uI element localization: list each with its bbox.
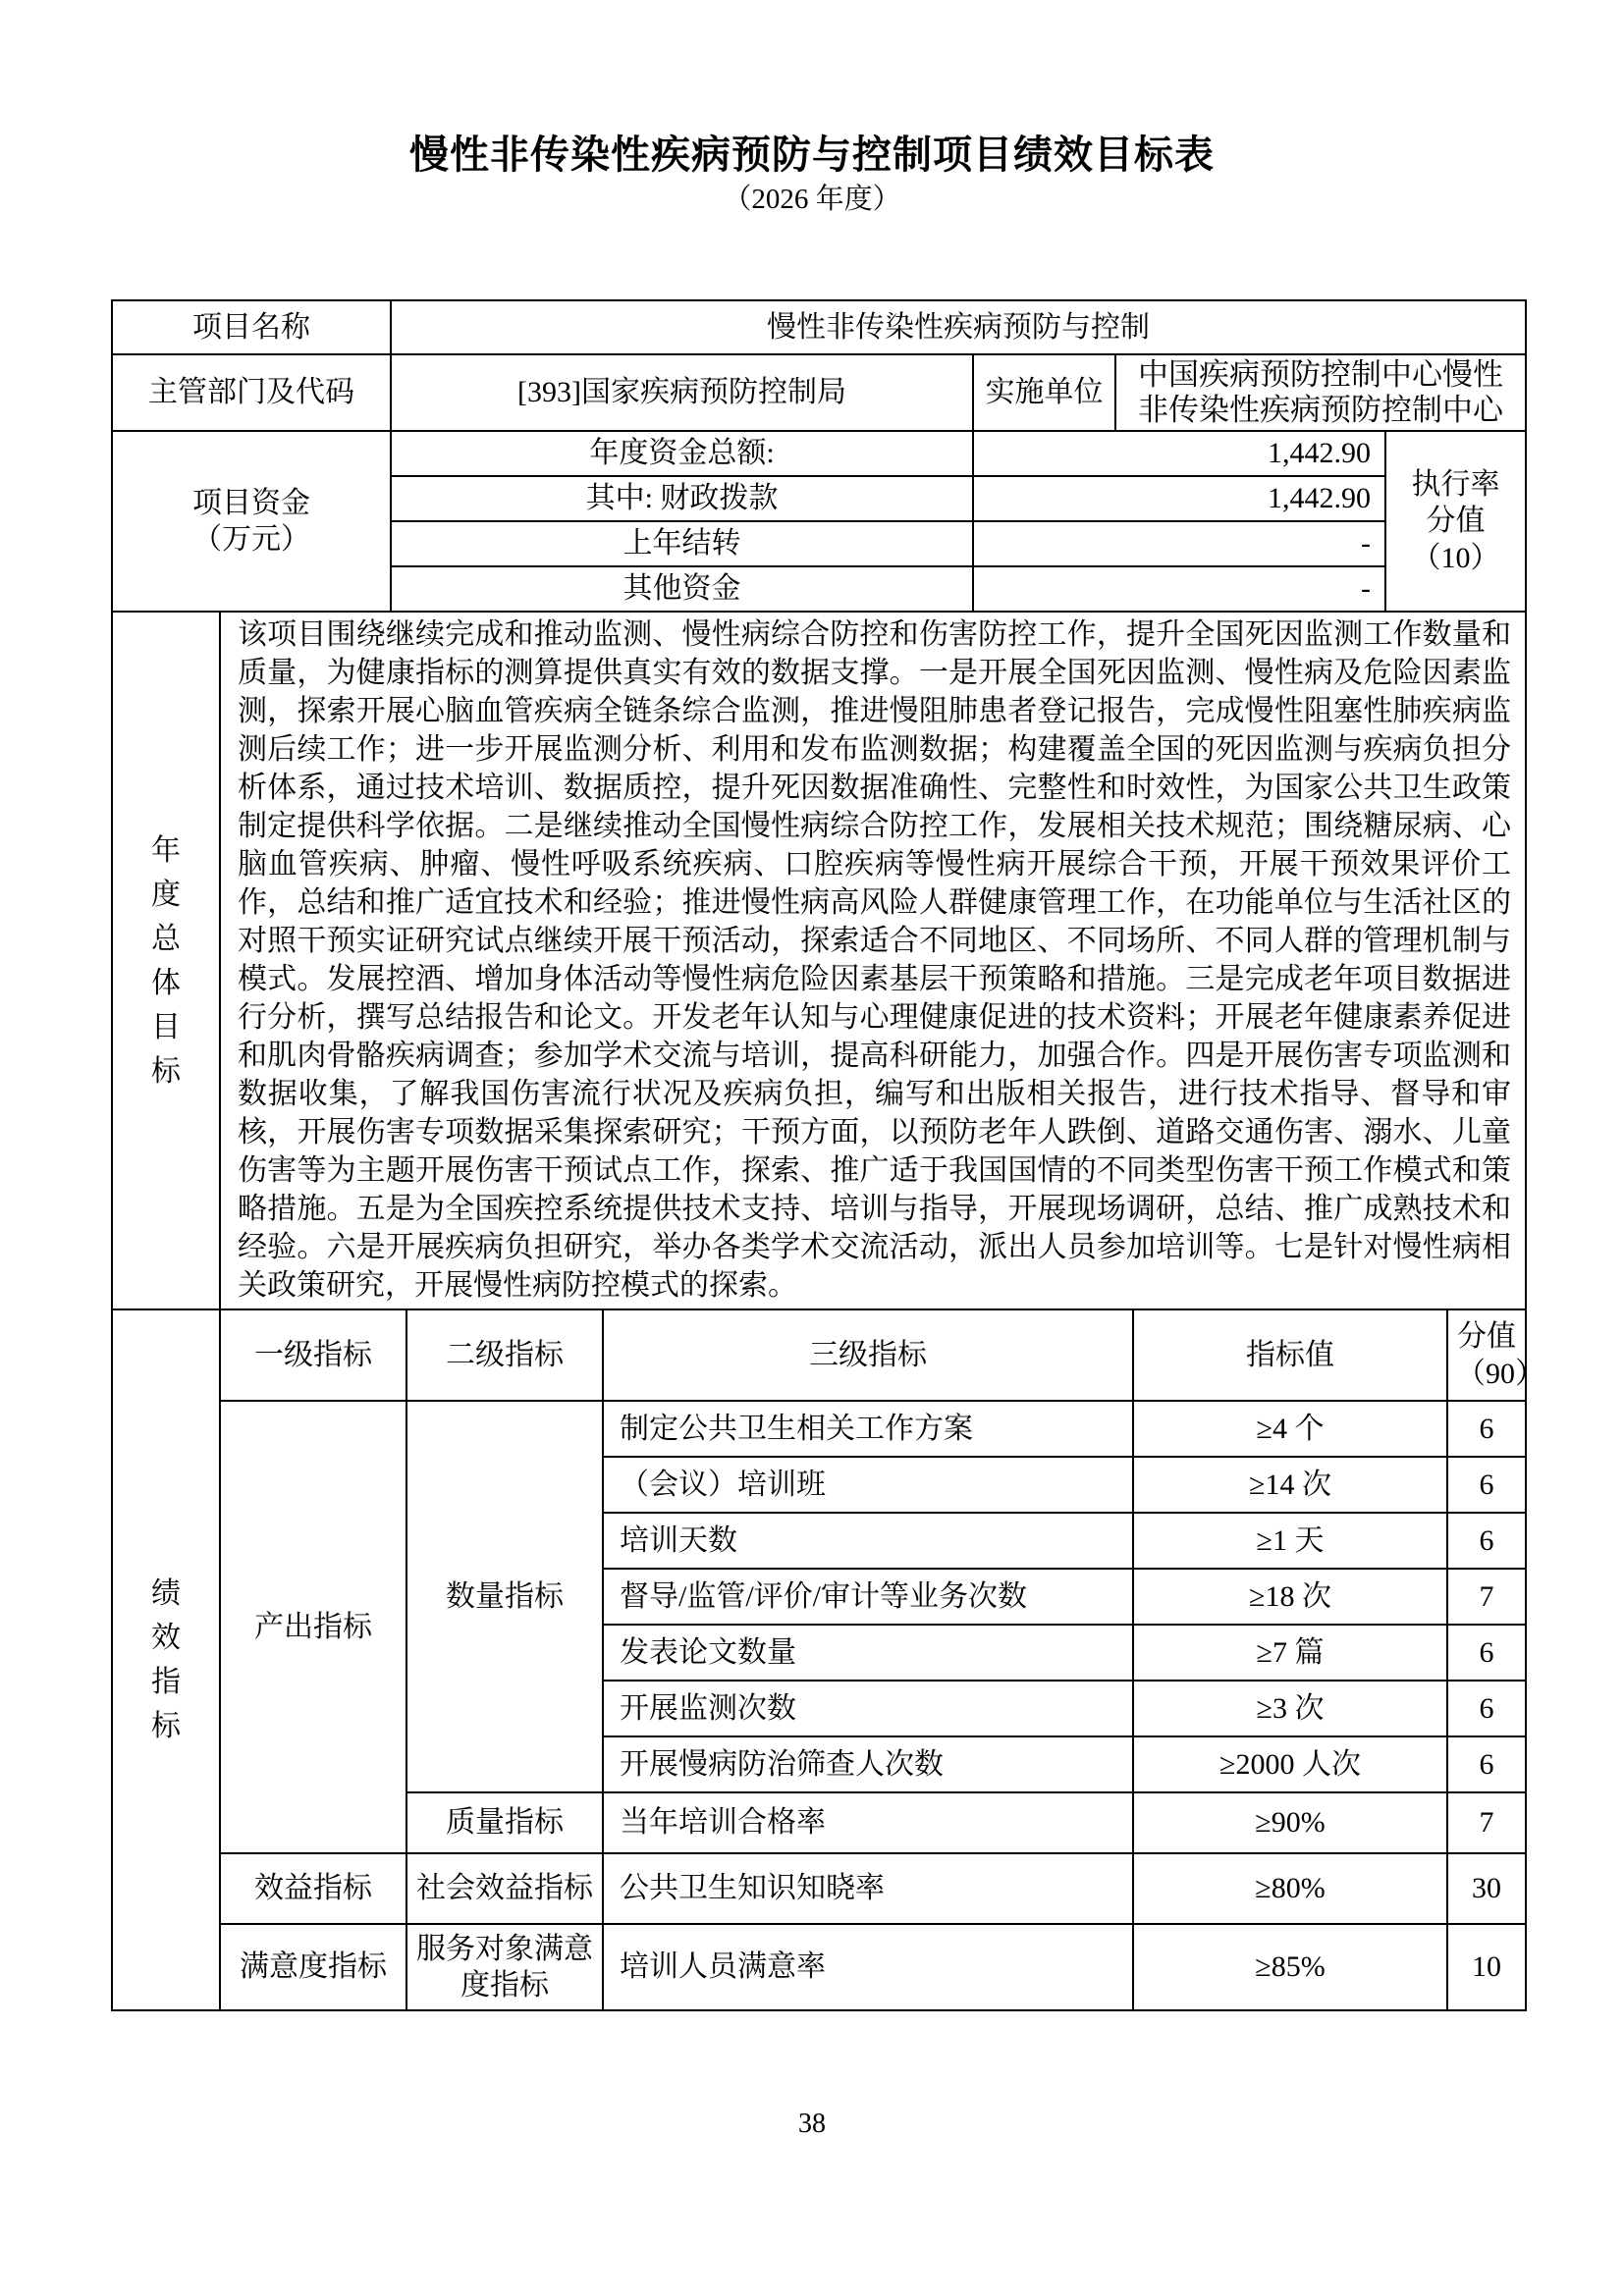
project-funds-label: 项目资金 （万元） xyxy=(112,431,391,612)
department-value: [393]国家疾病预防控制局 xyxy=(391,354,973,431)
header-score: 分值 （90） xyxy=(1447,1309,1526,1401)
header-level1: 一级指标 xyxy=(220,1309,406,1401)
indicators-header-row: 绩效指标 一级指标 二级指标 三级指标 指标值 分值 （90） xyxy=(112,1309,1526,1401)
indicator-target: ≥90% xyxy=(1133,1792,1447,1853)
page-number: 38 xyxy=(0,2109,1624,2140)
implementing-unit-label: 实施单位 xyxy=(973,354,1115,431)
indicator-score: 7 xyxy=(1447,1569,1526,1625)
indicator-target: ≥2000 人次 xyxy=(1133,1736,1447,1792)
fund-total-value: 1,442.90 xyxy=(973,431,1385,476)
annual-goal-label-cell: 年度总体目标 xyxy=(112,612,220,1309)
indicator-target: ≥3 次 xyxy=(1133,1681,1447,1736)
project-name-row: 项目名称 慢性非传染性疾病预防与控制 xyxy=(112,300,1526,354)
indicators-section-label-cell: 绩效指标 xyxy=(112,1309,220,2010)
indicator-score: 10 xyxy=(1447,1924,1526,2010)
level1-benefit: 效益指标 xyxy=(220,1853,406,1924)
document-subtitle: （2026 年度） xyxy=(0,177,1624,217)
indicator-name: 督导/监管/评价/审计等业务次数 xyxy=(603,1569,1133,1625)
indicator-score: 6 xyxy=(1447,1401,1526,1457)
performance-target-table: 项目名称 慢性非传染性疾病预防与控制 主管部门及代码 [393]国家疾病预防控制… xyxy=(111,299,1525,2011)
indicator-name: 发表论文数量 xyxy=(603,1625,1133,1681)
implementing-unit-value: 中国疾病预防控制中心慢性非传染性疾病预防控制中心 xyxy=(1115,354,1526,431)
indicator-name: 当年培训合格率 xyxy=(603,1792,1133,1853)
header-level2: 二级指标 xyxy=(406,1309,603,1401)
indicator-row: 满意度指标 服务对象满意度指标 培训人员满意率 ≥85% 10 xyxy=(112,1924,1526,2010)
document-title: 慢性非传染性疾病预防与控制项目绩效目标表 xyxy=(0,124,1624,180)
indicator-name: 培训人员满意率 xyxy=(603,1924,1133,2010)
indicator-score: 6 xyxy=(1447,1457,1526,1513)
indicator-target: ≥18 次 xyxy=(1133,1569,1447,1625)
annual-goal-text: 该项目围绕继续完成和推动监测、慢性病综合防控和伤害防控工作，提升全国死因监测工作… xyxy=(220,612,1526,1309)
indicator-name: 开展监测次数 xyxy=(603,1681,1133,1736)
project-funds-table: 项目资金 （万元） 年度资金总额: 1,442.90 执行率 分值 （10） 其… xyxy=(111,430,1527,613)
indicator-target: ≥1 天 xyxy=(1133,1513,1447,1569)
fund-fiscal-label: 其中: 财政拨款 xyxy=(391,476,973,521)
department-label: 主管部门及代码 xyxy=(112,354,391,431)
indicator-name: 培训天数 xyxy=(603,1513,1133,1569)
indicator-target: ≥85% xyxy=(1133,1924,1447,2010)
level2-quality: 质量指标 xyxy=(406,1792,603,1853)
indicators-table: 绩效指标 一级指标 二级指标 三级指标 指标值 分值 （90） 产出指标 数量指… xyxy=(111,1308,1527,2011)
department-row: 主管部门及代码 [393]国家疾病预防控制局 实施单位 中国疾病预防控制中心慢性… xyxy=(112,354,1526,431)
header-target-value: 指标值 xyxy=(1133,1309,1447,1401)
execution-rate-score-label: 执行率 分值 （10） xyxy=(1385,431,1526,612)
project-info-table: 项目名称 慢性非传染性疾病预防与控制 主管部门及代码 [393]国家疾病预防控制… xyxy=(111,299,1527,432)
indicators-section-label: 绩效指标 xyxy=(149,1572,183,1748)
indicator-target: ≥7 篇 xyxy=(1133,1625,1447,1681)
fund-other-label: 其他资金 xyxy=(391,566,973,612)
header-level3: 三级指标 xyxy=(603,1309,1133,1401)
indicator-row: 产出指标 数量指标 制定公共卫生相关工作方案 ≥4 个 6 xyxy=(112,1401,1526,1457)
level2-social-benefit: 社会效益指标 xyxy=(406,1853,603,1924)
level2-quantity: 数量指标 xyxy=(406,1401,603,1792)
fund-total-label: 年度资金总额: xyxy=(391,431,973,476)
fund-row-total: 项目资金 （万元） 年度资金总额: 1,442.90 执行率 分值 （10） xyxy=(112,431,1526,476)
indicator-target: ≥4 个 xyxy=(1133,1401,1447,1457)
project-name-label: 项目名称 xyxy=(112,300,391,354)
fund-carryover-value: - xyxy=(973,521,1385,566)
indicator-score: 30 xyxy=(1447,1853,1526,1924)
indicator-name: 开展慢病防治筛查人次数 xyxy=(603,1736,1133,1792)
fund-fiscal-value: 1,442.90 xyxy=(973,476,1385,521)
indicator-target: ≥14 次 xyxy=(1133,1457,1447,1513)
indicator-row: 效益指标 社会效益指标 公共卫生知识知晓率 ≥80% 30 xyxy=(112,1853,1526,1924)
indicator-name: 制定公共卫生相关工作方案 xyxy=(603,1401,1133,1457)
level2-service-satisfaction: 服务对象满意度指标 xyxy=(406,1924,603,2010)
indicator-score: 6 xyxy=(1447,1513,1526,1569)
indicator-score: 6 xyxy=(1447,1625,1526,1681)
indicator-score: 6 xyxy=(1447,1681,1526,1736)
fund-other-value: - xyxy=(973,566,1385,612)
annual-goal-row: 年度总体目标 该项目围绕继续完成和推动监测、慢性病综合防控和伤害防控工作，提升全… xyxy=(112,612,1526,1309)
fund-carryover-label: 上年结转 xyxy=(391,521,973,566)
project-name-value: 慢性非传染性疾病预防与控制 xyxy=(391,300,1526,354)
indicator-score: 7 xyxy=(1447,1792,1526,1853)
annual-goal-table: 年度总体目标 该项目围绕继续完成和推动监测、慢性病综合防控和伤害防控工作，提升全… xyxy=(111,611,1527,1310)
indicator-name: （会议）培训班 xyxy=(603,1457,1133,1513)
level1-satisfaction: 满意度指标 xyxy=(220,1924,406,2010)
annual-goal-label: 年度总体目标 xyxy=(149,828,183,1094)
indicator-score: 6 xyxy=(1447,1736,1526,1792)
document-page: 慢性非传染性疾病预防与控制项目绩效目标表 （2026 年度） 项目名称 慢性非传… xyxy=(0,0,1624,2296)
level1-output: 产出指标 xyxy=(220,1401,406,1853)
indicator-name: 公共卫生知识知晓率 xyxy=(603,1853,1133,1924)
indicator-target: ≥80% xyxy=(1133,1853,1447,1924)
